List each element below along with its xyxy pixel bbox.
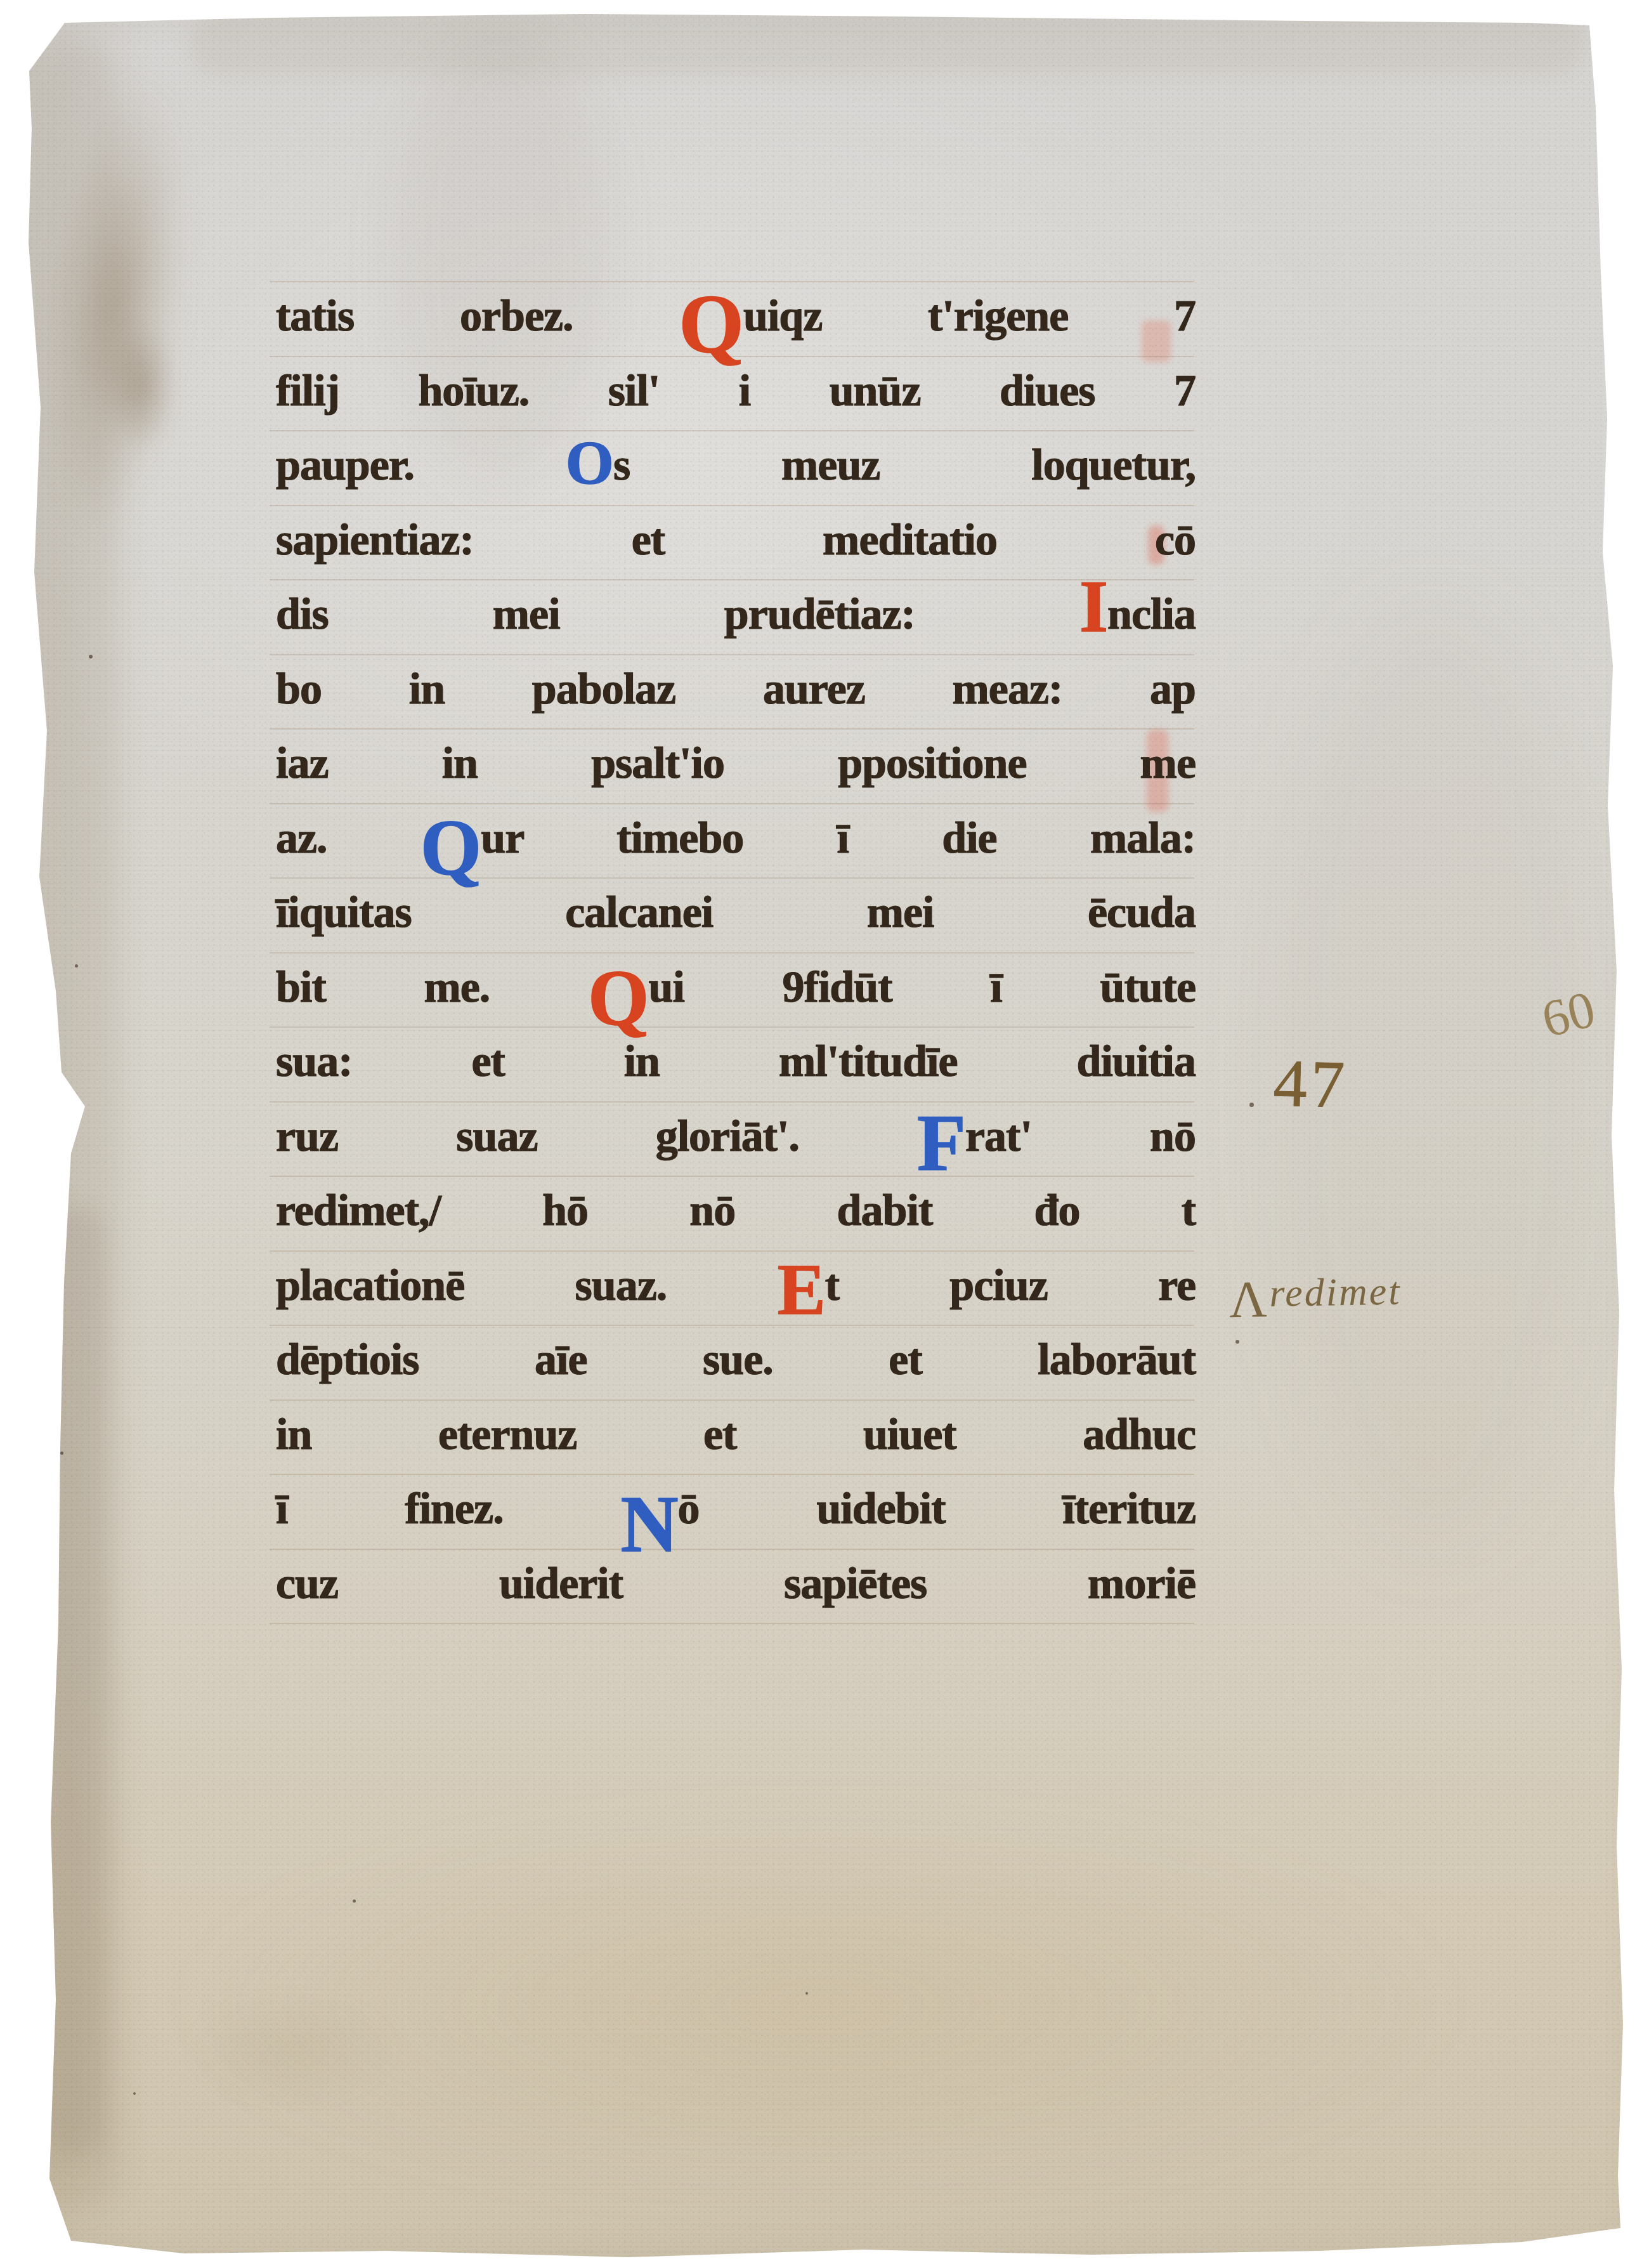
text-segment: dis mei prudētiaz:: [276, 590, 1079, 639]
text-segment: sapientiaz: et meditatio cō: [276, 516, 1196, 565]
parchment-stain: [190, 14, 1586, 74]
speck: [1611, 219, 1613, 221]
ruling-line: [270, 1101, 1194, 1103]
text-segment: az.: [276, 814, 420, 863]
illuminated-initial: Q: [420, 804, 481, 891]
ruling-line: [270, 877, 1194, 879]
parchment-stain: [393, 25, 609, 482]
text-segment: in eternuz et uiuet adhuc: [276, 1410, 1196, 1459]
text-line: filij hoīuz. sil' i unūz diues 7: [276, 354, 1196, 429]
text-segment: filij hoīuz. sil' i unūz diues 7: [276, 367, 1196, 416]
text-segment: dēptiois aīe sue. et laborāut: [276, 1335, 1196, 1384]
speck: [46, 1913, 49, 1917]
text-segment: ur timebo ī die mala:: [481, 814, 1196, 863]
text-segment: ō uidebit īterituz: [678, 1485, 1196, 1533]
text-line: ī finez. Nō uidebit īterituz: [276, 1472, 1196, 1547]
ink-offset-smudge: [1148, 525, 1164, 565]
speck: [19, 959, 25, 965]
text-segment: t pciuz re: [825, 1261, 1196, 1310]
text-segment: ui 9fidūt ī ūtute: [649, 963, 1196, 1012]
ruling-line: [270, 1250, 1194, 1252]
speck: [1606, 27, 1610, 30]
illuminated-initial: F: [917, 1099, 965, 1188]
margin-corner-number: 60: [1536, 979, 1601, 1049]
illuminated-initial: O: [566, 429, 613, 497]
text-line: sua: et in ml'titudīe diuitia: [276, 1025, 1196, 1099]
ruling-line: [270, 505, 1194, 506]
parchment-stain: [1268, 603, 1598, 1554]
ruling-line: [270, 952, 1194, 954]
photograph-background: tatis orbez. Quiqz t'rigene 7filij hoīuz…: [0, 0, 1649, 2268]
text-line: pauper. Os meuz loquetur,: [276, 428, 1196, 503]
insertion-caret: Λ: [1229, 1270, 1267, 1328]
ruling-line: [270, 356, 1194, 357]
speck: [22, 1075, 28, 1081]
text-segment: sua: et in ml'titudīe diuitia: [276, 1037, 1196, 1086]
text-line: ruz suaz gloriāt'. Frat' nō: [276, 1099, 1196, 1174]
ruling-line: [270, 281, 1194, 282]
illuminated-initial: Q: [588, 955, 648, 1042]
parchment-stain: [63, 1776, 1573, 2233]
speck: [1235, 1340, 1239, 1344]
ruling-line: [270, 1026, 1194, 1028]
ruling-line: [270, 1474, 1194, 1475]
text-segment: iaz in psalt'io ppositione me: [276, 739, 1196, 788]
text-segment: ī finez.: [276, 1485, 621, 1533]
text-line: tatis orbez. Quiqz t'rigene 7: [276, 279, 1196, 354]
margin-correction-note: Λredimet: [1229, 1268, 1402, 1330]
text-line: dis mei prudētiaz: Inclia: [276, 577, 1196, 652]
text-segment: redimet,/ hō nō dabit đo t: [276, 1186, 1196, 1235]
speck: [89, 655, 93, 659]
text-line: īiquitas calcanei mei ēcuda: [276, 875, 1196, 950]
ruling-line: [270, 579, 1194, 580]
text-line: az. Qur timebo ī die mala:: [276, 801, 1196, 876]
ruling-line: [270, 1549, 1194, 1550]
ruling-line: [270, 430, 1194, 431]
ink-offset-smudge: [1147, 730, 1168, 812]
speck: [805, 1992, 808, 1995]
ruling-line: [270, 803, 1194, 804]
ink-offset-smudge: [1142, 320, 1171, 362]
margin-folio-number: 47: [1272, 1044, 1349, 1124]
parchment-grain-texture: [0, 0, 1649, 2268]
speck: [1249, 1103, 1254, 1107]
text-segment: pauper.: [276, 441, 566, 490]
text-line: iaz in psalt'io ppositione me: [276, 726, 1196, 801]
illuminated-initial: N: [621, 1481, 678, 1569]
parchment-stain: [44, 1205, 105, 2157]
speck: [60, 1452, 63, 1455]
speck: [75, 964, 78, 967]
text-segment: placationē suaz.: [276, 1261, 778, 1310]
illuminated-initial: Q: [679, 277, 743, 370]
text-segment: bo in pabolaz aurez meaz: ap: [276, 665, 1196, 714]
correction-word: redimet: [1269, 1270, 1402, 1316]
text-segment: īiquitas calcanei mei ēcuda: [276, 888, 1196, 937]
ruling-line: [270, 728, 1194, 730]
ruling-line: [270, 1325, 1194, 1326]
text-line: bit me. Qui 9fidūt ī ūtute: [276, 950, 1196, 1025]
text-segment: uiqz t'rigene 7: [743, 292, 1196, 341]
parchment-stain: [159, 1979, 425, 2119]
text-line: bo in pabolaz aurez meaz: ap: [276, 652, 1196, 727]
text-line: dēptiois aīe sue. et laborāut: [276, 1323, 1196, 1398]
psalm-text-block: tatis orbez. Quiqz t'rigene 7filij hoīuz…: [276, 279, 1196, 1621]
ruling-line: [270, 654, 1194, 655]
text-line: placationē suaz. Et pciuz re: [276, 1249, 1196, 1323]
manuscript-leaf: tatis orbez. Quiqz t'rigene 7filij hoīuz…: [0, 0, 1649, 2268]
text-segment: bit me.: [276, 963, 588, 1012]
text-segment: rat' nō: [965, 1112, 1196, 1161]
speck: [55, 1627, 57, 1629]
text-line: cuz uiderit sapiētes moriē: [276, 1547, 1196, 1622]
speck: [23, 1132, 27, 1136]
ruling-line: [270, 1176, 1194, 1177]
illuminated-initial: E: [778, 1249, 825, 1330]
text-segment: nclia: [1107, 590, 1196, 639]
parchment-stain: [35, 38, 117, 2208]
speck: [38, 1851, 43, 1856]
text-line: sapientiaz: et meditatio cō: [276, 503, 1196, 578]
ruling-line: [270, 1623, 1194, 1624]
text-segment: tatis orbez.: [276, 292, 679, 341]
text-segment: cuz uiderit sapiētes moriē: [276, 1559, 1196, 1608]
speck: [353, 1899, 356, 1903]
text-line: in eternuz et uiuet adhuc: [276, 1398, 1196, 1472]
parchment-stain: [27, 64, 208, 545]
ruling-line: [270, 1399, 1194, 1401]
speck: [133, 2092, 136, 2095]
text-segment: s meuz loquetur,: [613, 441, 1196, 490]
parchment-stain: [94, 298, 189, 476]
speck: [25, 1930, 29, 1934]
text-segment: ruz suaz gloriāt'.: [276, 1112, 917, 1161]
text-line: redimet,/ hō nō dabit đo t: [276, 1174, 1196, 1249]
illuminated-initial: I: [1079, 567, 1107, 648]
